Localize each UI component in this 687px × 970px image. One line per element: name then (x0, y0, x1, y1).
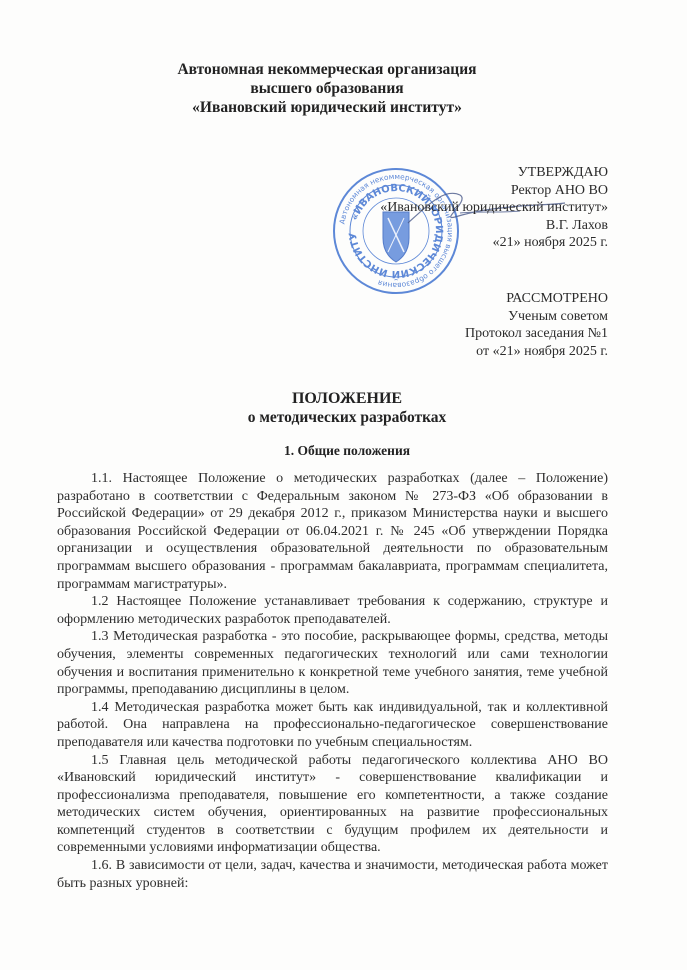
organization-header: Автономная некоммерческая организация вы… (0, 60, 654, 117)
paragraph-1-6: 1.6. В зависимости от цели, задач, качес… (57, 857, 608, 892)
review-block: РАССМОТРЕНО Ученым советом Протокол засе… (465, 290, 608, 360)
review-date: от «21» ноября 2025 г. (465, 343, 608, 361)
approval-signatory: В.Г. Лахов (380, 217, 608, 235)
review-protocol: Протокол заседания №1 (465, 325, 608, 343)
approval-date: «21» ноября 2025 г. (380, 234, 608, 252)
approval-block: УТВЕРЖДАЮ Ректор АНО ВО «Ивановский юрид… (380, 164, 608, 252)
paragraph-1-1: 1.1. Настоящее Положение о методических … (57, 470, 608, 593)
approval-heading: УТВЕРЖДАЮ (380, 164, 608, 182)
section-heading: 1. Общие положения (0, 442, 687, 459)
review-heading: РАССМОТРЕНО (465, 290, 608, 308)
approval-institution: «Ивановский юридический институт» (380, 199, 608, 217)
review-body: Ученым советом (465, 308, 608, 326)
document-page: Автономная некоммерческая организация вы… (0, 0, 687, 970)
approval-position: Ректор АНО ВО (380, 182, 608, 200)
document-title: ПОЛОЖЕНИЕ (0, 389, 687, 408)
org-header-line-3: «Ивановский юридический институт» (0, 98, 654, 117)
paragraph-1-4: 1.4 Методическая разработка может быть к… (57, 699, 608, 752)
org-header-line-2: высшего образования (0, 79, 654, 98)
paragraph-1-5: 1.5 Главная цель методической работы пед… (57, 752, 608, 858)
org-header-line-1: Автономная некоммерческая организация (0, 60, 654, 79)
paragraph-1-2: 1.2 Настоящее Положение устанавливает тр… (57, 593, 608, 628)
paragraph-1-3: 1.3 Методическая разработка - это пособи… (57, 628, 608, 698)
document-title-block: ПОЛОЖЕНИЕ о методических разработках 1. … (0, 389, 687, 459)
document-body: 1.1. Настоящее Положение о методических … (57, 470, 608, 892)
document-subtitle: о методических разработках (0, 408, 687, 427)
